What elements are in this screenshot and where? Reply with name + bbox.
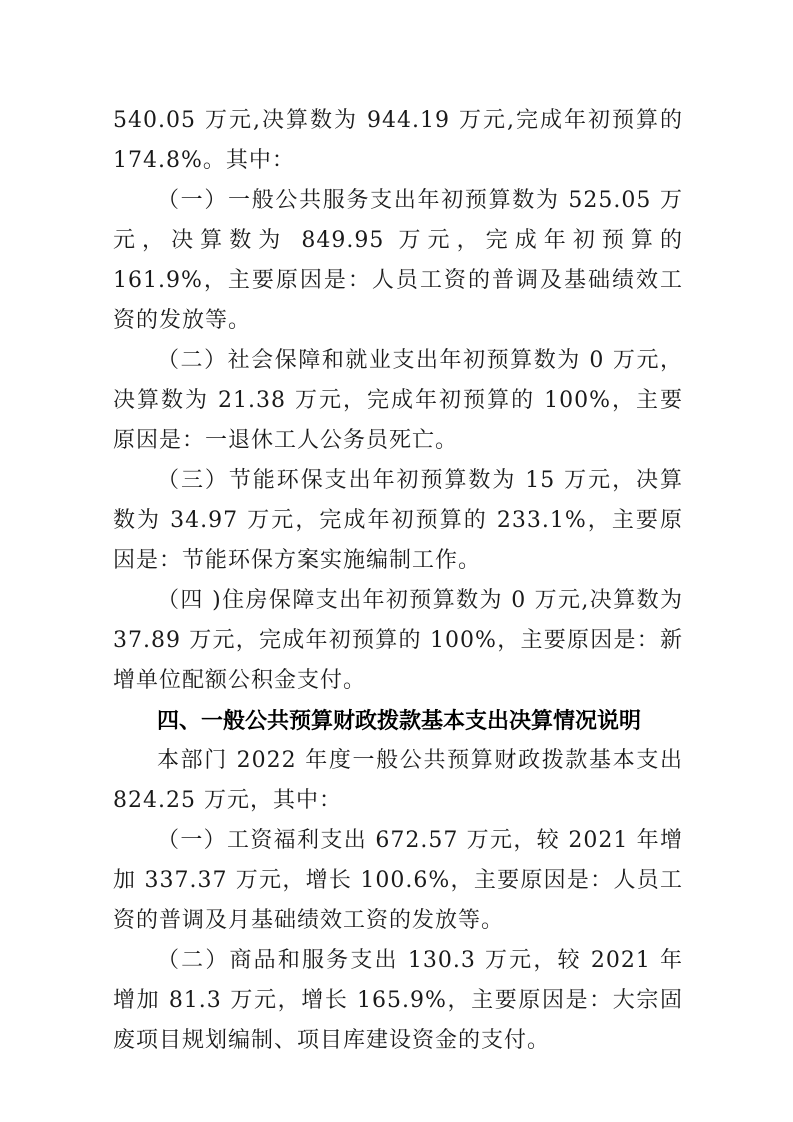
section-heading-basic-expenditure: 四、一般公共预算财政拨款基本支出决算情况说明 — [113, 701, 683, 741]
page-text-column: 540.05 万元,决算数为 944.19 万元,完成年初预算的 174.8%。… — [113, 101, 683, 1061]
paragraph-basic-expenditure-total: 本部门 2022 年度一般公共预算财政拨款基本支出 824.25 万元，其中： — [113, 741, 683, 821]
paragraph-item-4-housing-security: （四 )住房保障支出年初预算数为 0 万元,决算数为 37.89 万元，完成年初… — [113, 581, 683, 701]
paragraph-item-3-energy-conservation: （三）节能环保支出年初预算数为 15 万元，决算数为 34.97 万元，完成年初… — [113, 461, 683, 581]
document-page: 540.05 万元,决算数为 944.19 万元,完成年初预算的 174.8%。… — [0, 0, 793, 1122]
paragraph-item-2-social-security-employment: （二）社会保障和就业支出年初预算数为 0 万元，决算数为 21.38 万元，完成… — [113, 341, 683, 461]
paragraph-item-1-general-public-services: （一）一般公共服务支出年初预算数为 525.05 万元，决算数为 849.95 … — [113, 181, 683, 341]
paragraph-basic-item-1-wages-welfare: （一）工资福利支出 672.57 万元，较 2021 年增加 337.37 万元… — [113, 821, 683, 941]
paragraph-basic-item-2-goods-services: （二）商品和服务支出 130.3 万元，较 2021 年增加 81.3 万元，增… — [113, 941, 683, 1061]
paragraph-expenditure-total-carryover: 540.05 万元,决算数为 944.19 万元,完成年初预算的 174.8%。… — [113, 101, 683, 181]
